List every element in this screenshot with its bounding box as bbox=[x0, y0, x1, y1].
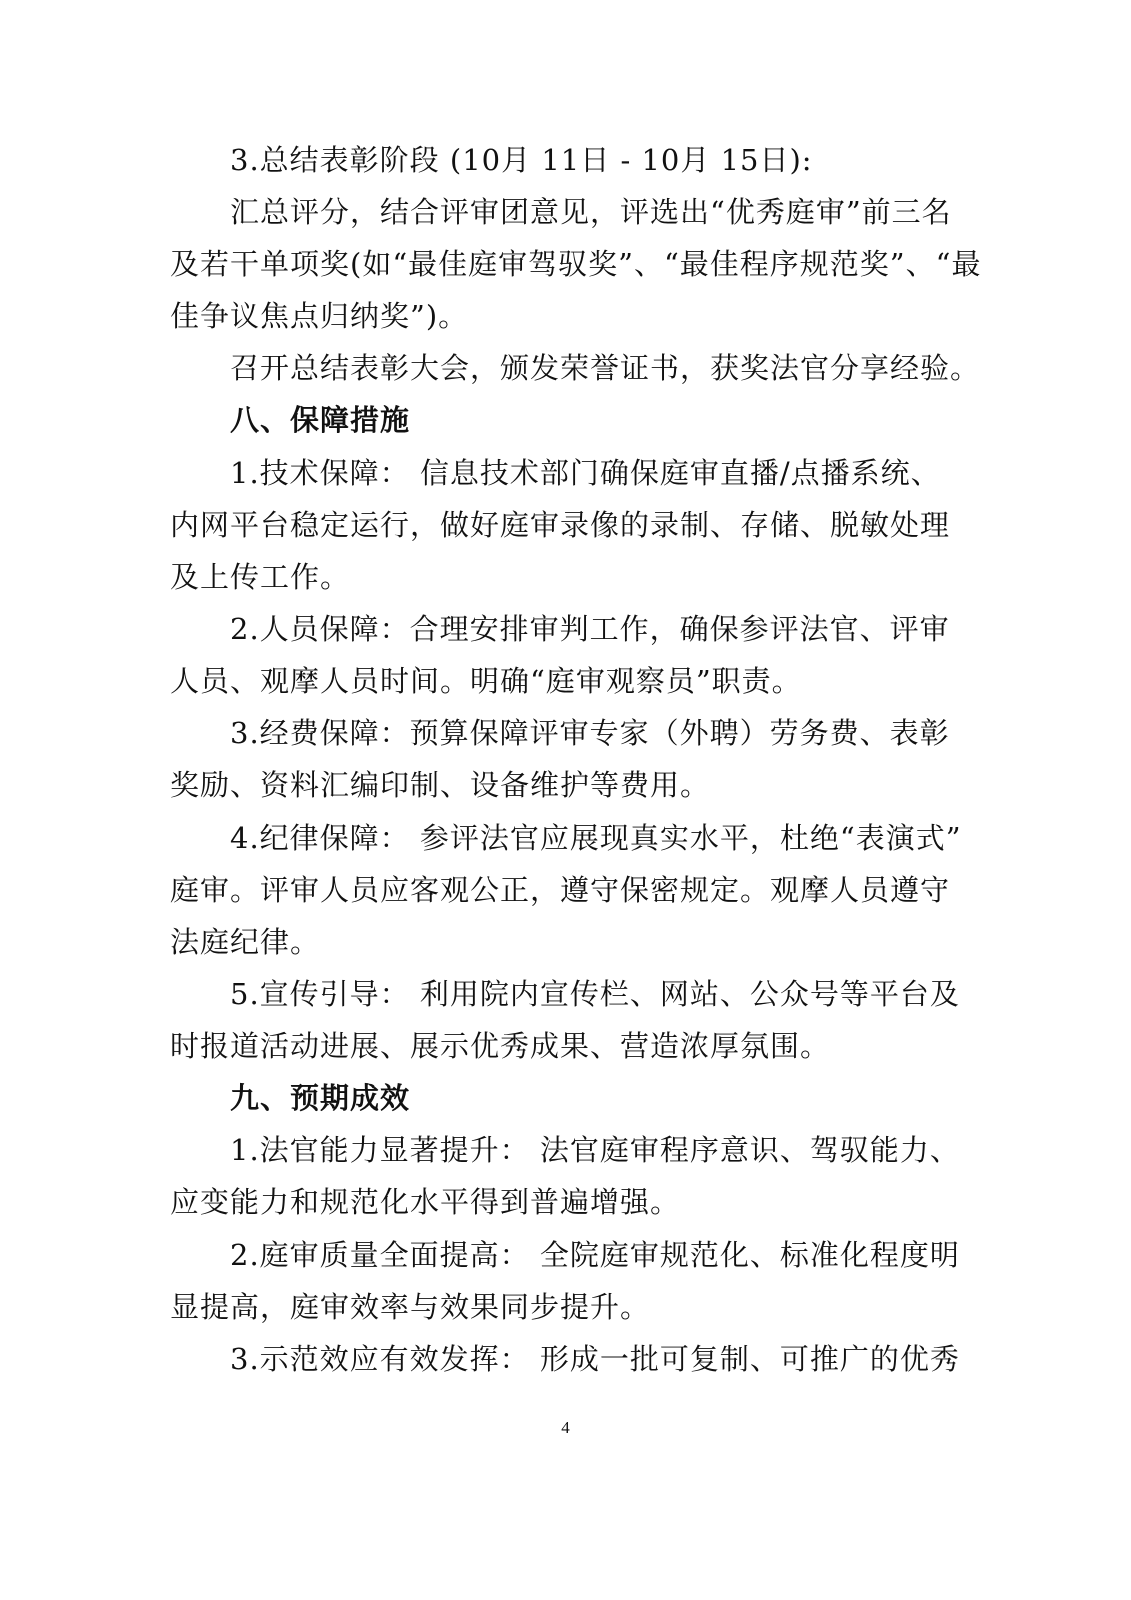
paragraph-line: 时报道活动进展、展示优秀成果、营造浓厚氛围。 bbox=[170, 1026, 830, 1066]
paragraph-line: 佳争议焦点归纳奖”)。 bbox=[170, 296, 468, 336]
paragraph-line: 1.法官能力显著提升： 法官庭审程序意识、驾驭能力、 bbox=[230, 1130, 960, 1170]
stage-3-title: 3.总结表彰阶段 (10月 11日 - 10月 15日): bbox=[230, 140, 813, 180]
paragraph-line: 召开总结表彰大会，颁发荣誉证书，获奖法官分享经验。 bbox=[230, 348, 980, 388]
paragraph-line: 及若干单项奖(如“最佳庭审驾驭奖”、“最佳程序规范奖”、“最 bbox=[170, 244, 981, 284]
paragraph-line: 人员、观摩人员时间。明确“庭审观察员”职责。 bbox=[170, 661, 802, 701]
paragraph-line: 5.宣传引导： 利用院内宣传栏、网站、公众号等平台及 bbox=[230, 974, 960, 1014]
page-number: 4 bbox=[0, 1418, 1131, 1438]
paragraph-line: 及上传工作。 bbox=[170, 557, 350, 597]
paragraph-line: 内网平台稳定运行，做好庭审录像的录制、存储、脱敏处理 bbox=[170, 505, 950, 545]
section-heading-8: 八、保障措施 bbox=[230, 400, 410, 440]
paragraph-line: 奖励、资料汇编印制、设备维护等费用。 bbox=[170, 765, 710, 805]
paragraph-line: 1.技术保障： 信息技术部门确保庭审直播/点播系统、 bbox=[230, 453, 941, 493]
paragraph-line: 4.纪律保障： 参评法官应展现真实水平，杜绝“表演式” bbox=[230, 818, 962, 858]
paragraph-line: 2.人员保障：合理安排审判工作，确保参评法官、评审 bbox=[230, 609, 950, 649]
paragraph-line: 3.示范效应有效发挥： 形成一批可复制、可推广的优秀 bbox=[230, 1339, 960, 1379]
paragraph-line: 显提高，庭审效率与效果同步提升。 bbox=[170, 1287, 650, 1327]
paragraph-line: 3.经费保障：预算保障评审专家（外聘）劳务费、表彰 bbox=[230, 713, 950, 753]
paragraph-line: 法庭纪律。 bbox=[170, 922, 320, 962]
section-heading-9: 九、预期成效 bbox=[230, 1078, 410, 1118]
paragraph-line: 庭审。评审人员应客观公正，遵守保密规定。观摩人员遵守 bbox=[170, 870, 950, 910]
paragraph-line: 2.庭审质量全面提高： 全院庭审规范化、标准化程度明 bbox=[230, 1235, 960, 1275]
paragraph-line: 汇总评分，结合评审团意见，评选出“优秀庭审”前三名 bbox=[230, 192, 952, 232]
paragraph-line: 应变能力和规范化水平得到普遍增强。 bbox=[170, 1182, 680, 1222]
